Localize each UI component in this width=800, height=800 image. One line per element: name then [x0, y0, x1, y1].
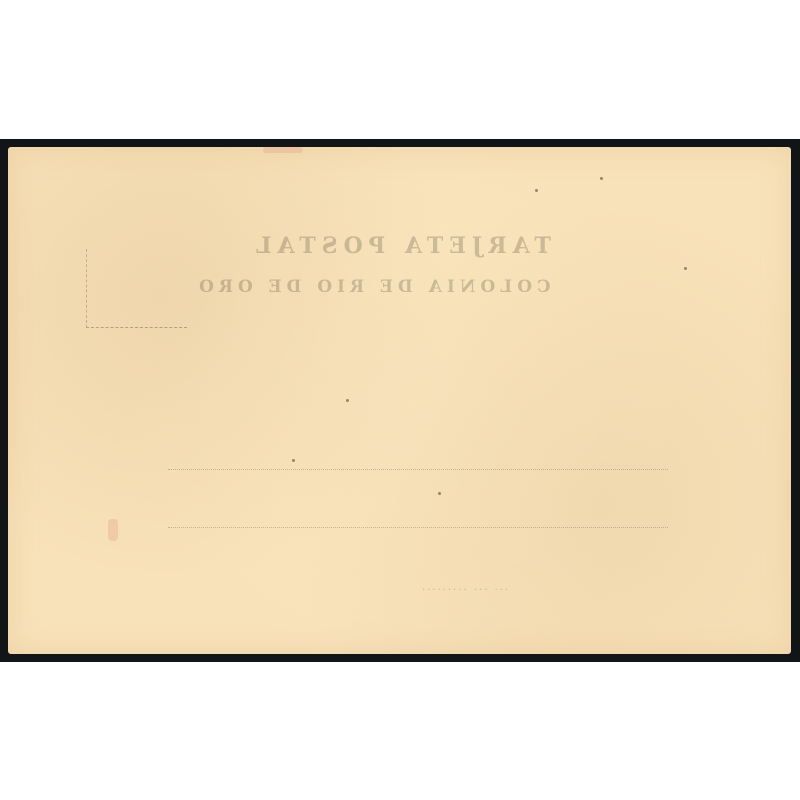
foxing-spot	[438, 492, 441, 495]
address-line	[168, 469, 668, 470]
foxing-spot	[535, 189, 538, 192]
foxing-spot	[600, 177, 603, 180]
address-line	[168, 527, 668, 528]
stamp-area-outline	[86, 249, 187, 328]
paper-texture	[8, 147, 791, 654]
ghost-subtitle-text: COLONIA DE RIO DE ORO	[194, 277, 551, 297]
stain	[108, 519, 118, 541]
foxing-spot	[292, 459, 295, 462]
stain	[263, 147, 303, 153]
foxing-spot	[684, 267, 687, 270]
foxing-spot	[346, 399, 349, 402]
printer-imprint: ··· ··· ·········	[420, 585, 508, 596]
postcard: TARJETA POSTAL COLONIA DE RIO DE ORO ···…	[8, 147, 791, 654]
ghost-title-text: TARJETA POSTAL	[250, 233, 551, 259]
